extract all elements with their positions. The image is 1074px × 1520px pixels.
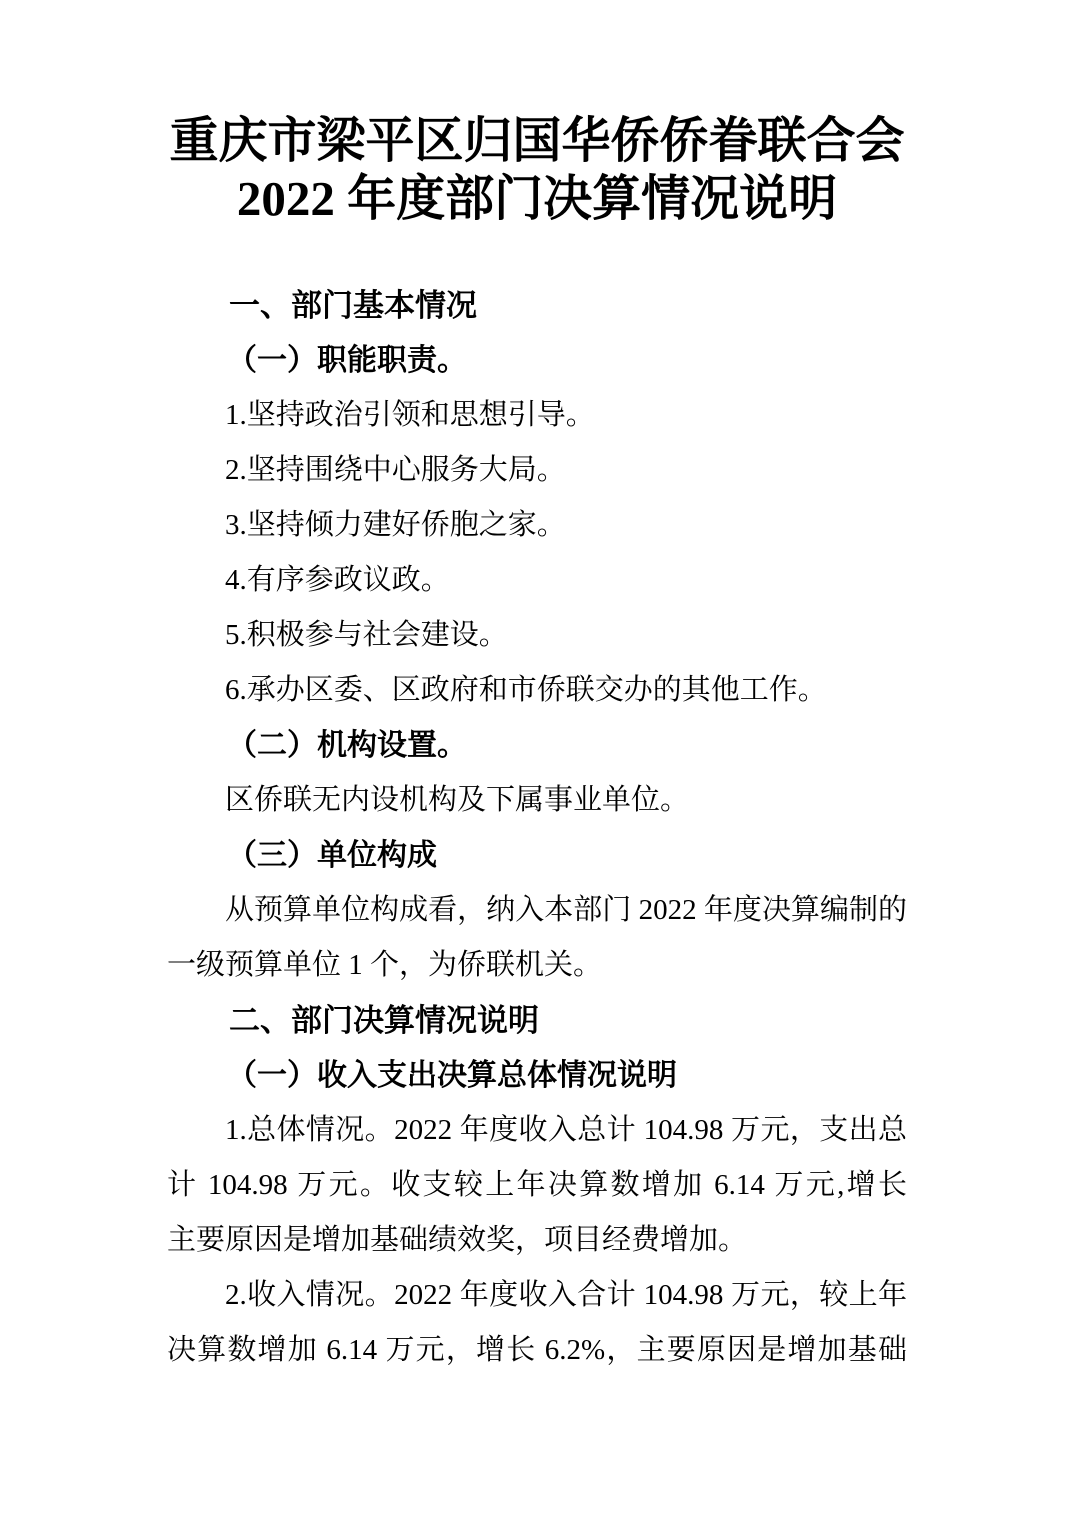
para-line: 从预算单位构成看，纳入本部门 2022 年度决算编制的: [167, 883, 907, 938]
sub-heading: （二）机构设置。: [167, 718, 907, 773]
para-line: 2.收入情况。2022 年度收入合计 104.98 万元，较上年: [167, 1268, 907, 1323]
list-item: 区侨联无内设机构及下属事业单位。: [167, 773, 907, 828]
document-title: 重庆市梁平区归国华侨侨眷联合会 2022 年度部门决算情况说明: [167, 112, 907, 228]
section-heading: 二、部门决算情况说明: [167, 993, 907, 1048]
sub-heading: （一）收入支出决算总体情况说明: [167, 1048, 907, 1103]
sub-heading: （一）职能职责。: [167, 333, 907, 388]
para-line: 计 104.98 万元。收支较上年决算数增加 6.14 万元,增长 6.2%，: [167, 1158, 907, 1213]
list-item: 1.坚持政治引领和思想引导。: [167, 388, 907, 443]
section-heading: 一、部门基本情况: [167, 278, 907, 333]
list-item: 5.积极参与社会建设。: [167, 608, 907, 663]
list-item: 3.坚持倾力建好侨胞之家。: [167, 498, 907, 553]
para-line: 主要原因是增加基础绩效奖，项目经费增加。: [167, 1213, 907, 1268]
document-page: 重庆市梁平区归国华侨侨眷联合会 2022 年度部门决算情况说明 一、部门基本情况…: [0, 0, 1074, 1520]
document-title-line-1: 重庆市梁平区归国华侨侨眷联合会: [167, 112, 907, 170]
sub-heading: （三）单位构成: [167, 828, 907, 883]
list-item: 4.有序参政议政。: [167, 553, 907, 608]
document-title-line-2: 2022 年度部门决算情况说明: [167, 170, 907, 228]
para-line: 决算数增加 6.14 万元，增长 6.2%，主要原因是增加基础绩: [167, 1323, 907, 1378]
document-content: 重庆市梁平区归国华侨侨眷联合会 2022 年度部门决算情况说明 一、部门基本情况…: [0, 0, 1074, 1378]
list-item: 6.承办区委、区政府和市侨联交办的其他工作。: [167, 663, 907, 718]
list-item: 2.坚持围绕中心服务大局。: [167, 443, 907, 498]
para-line: 1.总体情况。2022 年度收入总计 104.98 万元，支出总: [167, 1103, 907, 1158]
document-body: 一、部门基本情况（一）职能职责。1.坚持政治引领和思想引导。2.坚持围绕中心服务…: [167, 278, 907, 1378]
para-line: 一级预算单位 1 个，为侨联机关。: [167, 938, 907, 993]
